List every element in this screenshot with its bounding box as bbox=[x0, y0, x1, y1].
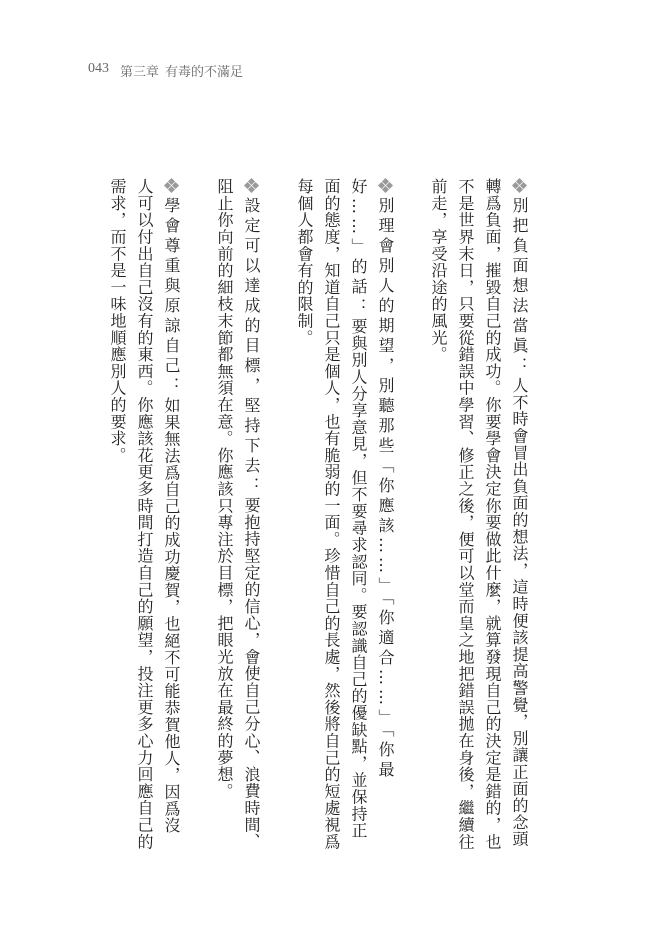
chapter-title: 有毒的不滿足 bbox=[165, 61, 243, 77]
paragraph-heading: 學會尊重與原諒自己： bbox=[162, 197, 181, 397]
paragraph-3: 設定可以達成的目標，堅持下去：要抱持堅定的信心，會使自己分心、浪費時間、阻止你向… bbox=[211, 178, 265, 850]
paragraph-2: 別理會別人的期望，別聽那些「你應該……」「你適合……」「你最好……」的話：要與別… bbox=[291, 178, 399, 850]
chapter-label: 第三章 bbox=[120, 61, 165, 77]
running-header: 043 第三章 有毒的不滿足 bbox=[88, 61, 243, 77]
paragraph-heading: 別把負面想法當眞： bbox=[510, 197, 529, 377]
diamond-bullet-icon bbox=[244, 178, 258, 192]
paragraph-1: 別把負面想法當眞：人不時會冒出負面的想法，這時便該提高警覺，別讓正面的念頭轉爲負… bbox=[425, 178, 533, 850]
paragraph-heading: 設定可以達成的目標，堅持下去： bbox=[242, 197, 261, 497]
paragraph-4: 學會尊重與原諒自己：如果無法爲自己的成功慶賀，也絕不可能恭賀他人，因爲沒人可以付… bbox=[104, 178, 185, 850]
vertical-text-body: 別把負面想法當眞：人不時會冒出負面的想法，這時便該提高警覺，別讓正面的念頭轉爲負… bbox=[78, 178, 533, 858]
diamond-bullet-icon bbox=[512, 178, 526, 192]
diamond-bullet-icon bbox=[164, 178, 178, 192]
diamond-bullet-icon bbox=[378, 178, 392, 192]
page-number: 043 bbox=[88, 61, 120, 77]
